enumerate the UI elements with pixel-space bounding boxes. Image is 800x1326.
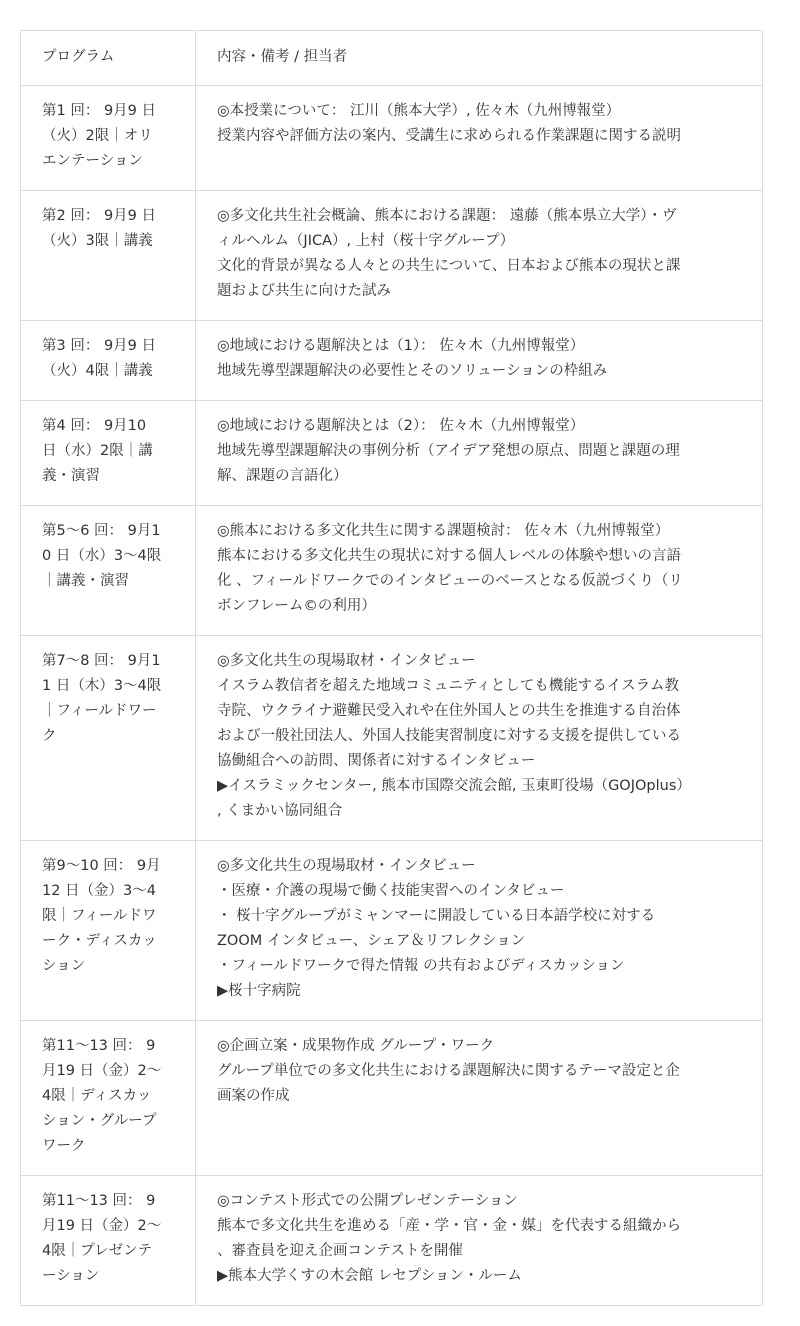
content-cell: ◎企画立案・成果物作成 グループ・ワーク グループ単位での多文化共生における課題… [196,1021,763,1176]
content-cell: ◎多文化共生社会概論、熊本における課題： 遠藤（熊本県立大学）・ヴ ィルヘルム（… [196,191,763,321]
program-schedule-table: プログラム 内容・備考 / 担当者 第1 回： 9月9 日 （火）2限｜オリ エ… [20,30,763,1306]
content-cell: ◎コンテスト形式での公開プレゼンテーション 熊本で多文化共生を進める「産・学・官… [196,1176,763,1306]
program-cell: 第4 回： 9月10 日（水）2限｜講 義・演習 [21,401,196,506]
table-row: 第9〜10 回： 9月 12 日（金）3〜4 限｜フィールドワ ーク・ディスカッ… [21,841,763,1021]
table-row: 第11〜13 回： 9 月19 日（金）2〜 4限｜プレゼンテ ーション ◎コン… [21,1176,763,1306]
program-cell: 第7〜8 回： 9月1 1 日（木）3〜4限 ｜フィールドワー ク [21,636,196,841]
content-cell: ◎多文化共生の現場取材・インタビュー ・医療・介護の現場で働く技能実習へのインタ… [196,841,763,1021]
table-row: 第5〜6 回： 9月1 0 日（水）3〜4限 ｜講義・演習 ◎熊本における多文化… [21,506,763,636]
header-program: プログラム [21,31,196,86]
program-cell: 第3 回： 9月9 日 （火）4限｜講義 [21,321,196,401]
program-cell: 第9〜10 回： 9月 12 日（金）3〜4 限｜フィールドワ ーク・ディスカッ… [21,841,196,1021]
table-row: 第11〜13 回： 9 月19 日（金）2〜 4限｜ディスカッ ション・グループ… [21,1021,763,1176]
table-row: 第2 回： 9月9 日 （火）3限｜講義 ◎多文化共生社会概論、熊本における課題… [21,191,763,321]
header-content: 内容・備考 / 担当者 [196,31,763,86]
table-row: 第4 回： 9月10 日（水）2限｜講 義・演習 ◎地域における題解決とは（2）… [21,401,763,506]
content-cell: ◎多文化共生の現場取材・インタビュー イスラム教信者を超えた地域コミュニティとし… [196,636,763,841]
program-cell: 第1 回： 9月9 日 （火）2限｜オリ エンテーション [21,86,196,191]
content-cell: ◎本授業について： 江川（熊本大学）, 佐々木（九州博報堂） 授業内容や評価方法… [196,86,763,191]
program-cell: 第11〜13 回： 9 月19 日（金）2〜 4限｜プレゼンテ ーション [21,1176,196,1306]
content-cell: ◎地域における題解決とは（1）： 佐々木（九州博報堂） 地域先導型課題解決の必要… [196,321,763,401]
program-cell: 第11〜13 回： 9 月19 日（金）2〜 4限｜ディスカッ ション・グループ… [21,1021,196,1176]
table-header-row: プログラム 内容・備考 / 担当者 [21,31,763,86]
content-cell: ◎熊本における多文化共生に関する課題検討： 佐々木（九州博報堂） 熊本における多… [196,506,763,636]
table-row: 第7〜8 回： 9月1 1 日（木）3〜4限 ｜フィールドワー ク ◎多文化共生… [21,636,763,841]
content-cell: ◎地域における題解決とは（2）： 佐々木（九州博報堂） 地域先導型課題解決の事例… [196,401,763,506]
table-row: 第3 回： 9月9 日 （火）4限｜講義 ◎地域における題解決とは（1）： 佐々… [21,321,763,401]
program-cell: 第2 回： 9月9 日 （火）3限｜講義 [21,191,196,321]
table-row: 第1 回： 9月9 日 （火）2限｜オリ エンテーション ◎本授業について： 江… [21,86,763,191]
program-cell: 第5〜6 回： 9月1 0 日（水）3〜4限 ｜講義・演習 [21,506,196,636]
